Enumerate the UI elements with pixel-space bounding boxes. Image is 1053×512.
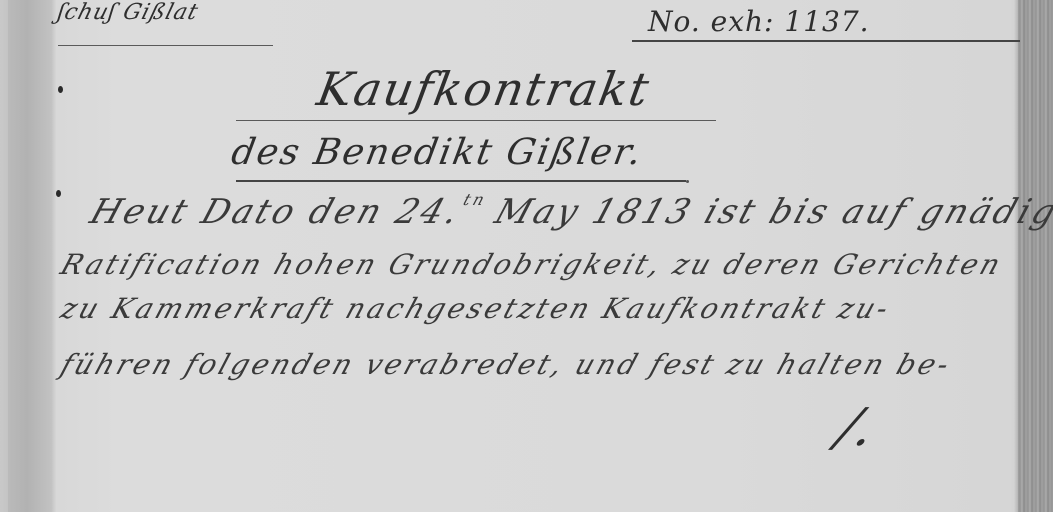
ink-spot <box>56 190 61 197</box>
body-line-2: Ratification hohen Grundobrigkeit, zu de… <box>57 248 1008 281</box>
body-line-3: zu Kammerkraft nachgesetzten Kaufkontrak… <box>57 292 896 325</box>
document-page: ʃchuʃ Gißlat No. exh: 1137. Kaufkontrakt… <box>0 0 1053 512</box>
subtitle-underline <box>236 180 686 182</box>
exhibit-number-underline <box>632 40 1020 42</box>
marginal-note-underline <box>58 45 273 46</box>
underline-flourish <box>686 180 689 183</box>
body-line-4: führen folgenden verabredet, und fest zu… <box>57 348 956 381</box>
ink-spot <box>58 86 63 93</box>
document-subtitle: des Benedikt Gißler. <box>228 132 646 173</box>
page-gutter <box>8 0 56 512</box>
marginal-note: ʃchuʃ Gißlat <box>55 0 202 25</box>
document-title: Kaufkontrakt <box>313 62 654 116</box>
end-of-text-mark: /. <box>829 398 885 458</box>
exhibit-number: No. exh: 1137. <box>648 5 870 38</box>
body-line-1: Heut Dato den 24.tn May 1813 ist bis auf… <box>85 190 1053 232</box>
body-line-1-end: May 1813 ist bis auf gnädige <box>476 192 1053 232</box>
body-line-1-start: Heut Dato den 24. <box>85 192 466 232</box>
title-underline <box>236 120 716 121</box>
book-binding-edge <box>1018 0 1053 512</box>
